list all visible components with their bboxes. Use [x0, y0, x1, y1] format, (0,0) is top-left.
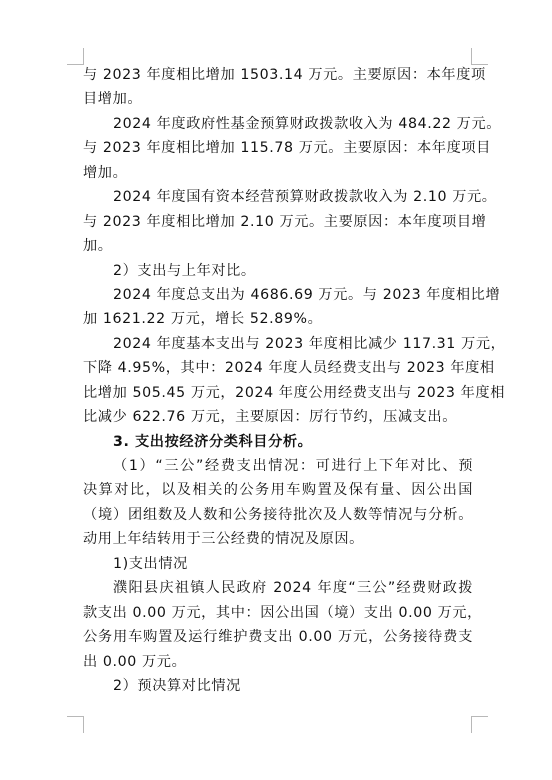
- paragraph-line: （境）团组数及人数和公务接待批次及人数等情况与分析。: [83, 503, 473, 527]
- paragraph-line: 2024 年度政府性基金预算财政拨款收入为 484.22 万元。: [83, 112, 473, 136]
- paragraph-line: 濮阳县庆祖镇人民政府 2024 年度“三公”经费财政拨: [83, 576, 473, 600]
- paragraph-line: 加 1621.22 万元，增长 52.89%。: [83, 307, 473, 331]
- corner-mark-bottom-right-horizontal: [471, 716, 488, 717]
- paragraph-line: 动用上年结转用于三公经费的情况及原因。: [83, 527, 473, 551]
- paragraph-line: 2024 年度国有资本经营预算财政拨款收入为 2.10 万元。: [83, 185, 473, 209]
- paragraph-line: 与 2023 年度相比增加 2.10 万元。主要原因：本年度项目增: [83, 210, 473, 234]
- paragraph-line: 公务用车购置及运行维护费支出 0.00 万元，公务接待费支: [83, 625, 473, 649]
- paragraph-line: 目增加。: [83, 87, 473, 111]
- paragraph-line: 下降 4.95%，其中：2024 年度人员经费支出与 2023 年度相: [83, 356, 473, 380]
- paragraph-line: （1）“三公”经费支出情况：可进行上下年对比、预: [83, 454, 473, 478]
- corner-mark-bottom-left-vertical: [83, 716, 84, 733]
- corner-mark-top-left-horizontal: [67, 64, 84, 65]
- paragraph-line: 与 2023 年度相比增加 115.78 万元。主要原因：本年度项目: [83, 136, 473, 160]
- paragraph-line: 1)支出情况: [83, 552, 473, 576]
- corner-mark-bottom-right-vertical: [471, 716, 472, 733]
- paragraph-line: 比减少 622.76 万元，主要原因：厉行节约，压减支出。: [83, 405, 473, 429]
- paragraph-line: 2024 年度基本支出与 2023 年度相比减少 117.31 万元，: [83, 332, 473, 356]
- section-heading-line: 3. 支出按经济分类科目分析。: [83, 430, 473, 454]
- paragraph-line: 加。: [83, 234, 473, 258]
- paragraph-line: 款支出 0.00 万元，其中：因公出国（境）支出 0.00 万元，: [83, 601, 473, 625]
- corner-mark-top-right-horizontal: [471, 64, 488, 65]
- paragraph-line: 2）支出与上年对比。: [83, 259, 473, 283]
- document-body: 与 2023 年度相比增加 1503.14 万元。主要原因：本年度项目增加。20…: [83, 63, 473, 698]
- document-page: 与 2023 年度相比增加 1503.14 万元。主要原因：本年度项目增加。20…: [0, 0, 552, 780]
- paragraph-line: 增加。: [83, 161, 473, 185]
- paragraph-line: 2024 年度总支出为 4686.69 万元。与 2023 年度相比增: [83, 283, 473, 307]
- corner-mark-bottom-left-horizontal: [67, 716, 84, 717]
- paragraph-line: 2）预决算对比情况: [83, 674, 473, 698]
- paragraph-line: 与 2023 年度相比增加 1503.14 万元。主要原因：本年度项: [83, 63, 473, 87]
- paragraph-line: 出 0.00 万元。: [83, 650, 473, 674]
- paragraph-line: 比增加 505.45 万元，2024 年度公用经费支出与 2023 年度相: [83, 381, 473, 405]
- paragraph-line: 决算对比，以及相关的公务用车购置及保有量、因公出国: [83, 478, 473, 502]
